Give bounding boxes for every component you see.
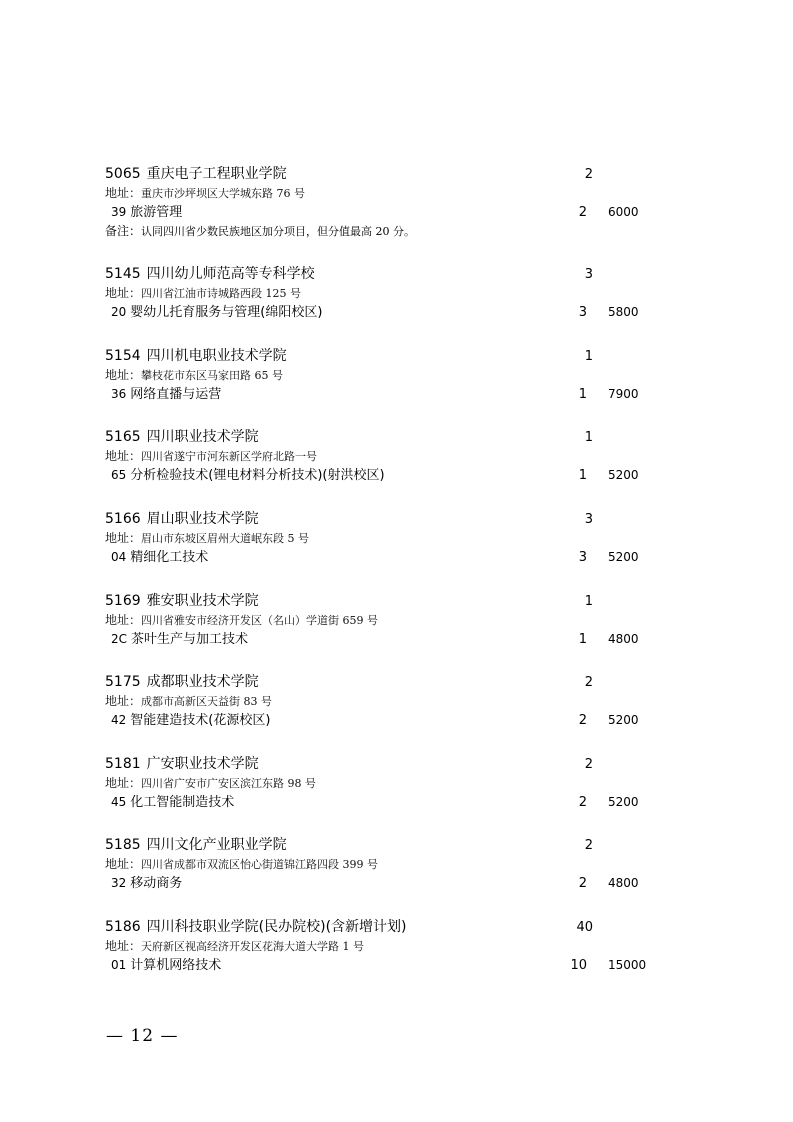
major-code: 2C xyxy=(111,632,127,646)
address-label: 地址： xyxy=(105,694,141,708)
major-name: 化工智能制造技术 xyxy=(130,795,234,810)
school-code: 5145 xyxy=(105,266,141,282)
school-plan-count: 3 xyxy=(575,510,593,529)
address-label: 地址： xyxy=(105,857,141,871)
school-code: 5169 xyxy=(105,593,141,609)
address-label: 地址： xyxy=(105,613,141,627)
school-name: 四川幼儿师范高等专科学校 xyxy=(147,266,315,282)
school-title-row: 5145四川幼儿师范高等专科学校 3 xyxy=(105,265,665,285)
school-address: 天府新区视高经济开发区花海大道大学路 1 号 xyxy=(141,940,364,953)
major-code: 01 xyxy=(111,958,126,972)
major-plan-count: 3 xyxy=(569,303,587,322)
major-name: 分析检验技术(锂电材料分析技术)(射洪校区) xyxy=(130,468,384,483)
major-name: 网络直播与运营 xyxy=(130,387,221,402)
major-tuition: 4800 xyxy=(608,874,639,893)
school-title-row: 5154四川机电职业技术学院 1 xyxy=(105,347,665,367)
school-address: 攀枝花市东区马家田路 65 号 xyxy=(141,369,283,382)
school-address-row: 地址：四川省广安市广安区滨江东路 98 号 xyxy=(105,775,665,793)
major-name: 茶叶生产与加工技术 xyxy=(131,632,248,647)
major-name: 婴幼儿托育服务与管理(绵阳校区) xyxy=(130,305,322,320)
school-address-row: 地址：四川省成都市双流区怡心街道锦江路四段 399 号 xyxy=(105,856,665,874)
school-plan-count: 2 xyxy=(575,836,593,855)
major-tuition: 5200 xyxy=(608,793,639,812)
major-plan-count: 1 xyxy=(569,630,587,649)
school-code: 5185 xyxy=(105,837,141,853)
school-title-row: 5181广安职业技术学院 2 xyxy=(105,755,665,775)
school-address: 四川省成都市双流区怡心街道锦江路四段 399 号 xyxy=(141,858,378,871)
school-name: 眉山职业技术学院 xyxy=(147,511,259,527)
school-title-row: 5065重庆电子工程职业学院 2 xyxy=(105,165,665,185)
major-plan-count: 10 xyxy=(559,956,587,975)
address-label: 地址： xyxy=(105,368,141,382)
school-address: 四川省广安市广安区滨江东路 98 号 xyxy=(141,777,316,790)
major-tuition: 6000 xyxy=(608,203,639,222)
major-row: 39旅游管理 2 6000 xyxy=(105,203,665,223)
school-code: 5166 xyxy=(105,511,141,527)
school-title-row: 5185四川文化产业职业学院 2 xyxy=(105,836,665,856)
school-plan-count: 2 xyxy=(575,755,593,774)
major-tuition: 5200 xyxy=(608,466,639,485)
major-name: 智能建造技术(花源校区) xyxy=(130,713,270,728)
school-code: 5181 xyxy=(105,756,141,772)
school-code: 5065 xyxy=(105,166,141,182)
major-row: 20婴幼儿托育服务与管理(绵阳校区) 3 5800 xyxy=(105,303,665,323)
school-entry: 5186四川科技职业学院(民办院校)(含新增计划) 40 地址：天府新区视高经济… xyxy=(105,918,665,976)
school-entry: 5169雅安职业技术学院 1 地址：四川省雅安市经济开发区（名山）学道街 659… xyxy=(105,592,665,650)
major-plan-count: 2 xyxy=(569,793,587,812)
school-address: 重庆市沙坪坝区大学城东路 76 号 xyxy=(141,187,305,200)
major-code: 39 xyxy=(111,205,126,219)
major-tuition: 5200 xyxy=(608,711,639,730)
school-address-row: 地址：眉山市东坡区眉州大道岷东段 5 号 xyxy=(105,530,665,548)
major-tuition: 5200 xyxy=(608,548,639,567)
school-entry: 5166眉山职业技术学院 3 地址：眉山市东坡区眉州大道岷东段 5 号 04精细… xyxy=(105,510,665,568)
school-entry: 5145四川幼儿师范高等专科学校 3 地址：四川省江油市诗城路西段 125 号 … xyxy=(105,265,665,323)
major-row: 32移动商务 2 4800 xyxy=(105,874,665,894)
major-code: 36 xyxy=(111,387,126,401)
school-title-row: 5166眉山职业技术学院 3 xyxy=(105,510,665,530)
address-label: 地址： xyxy=(105,286,141,300)
major-code: 04 xyxy=(111,550,126,564)
school-address: 四川省江油市诗城路西段 125 号 xyxy=(141,287,301,300)
major-plan-count: 1 xyxy=(569,466,587,485)
school-name: 成都职业技术学院 xyxy=(147,674,259,690)
major-name: 旅游管理 xyxy=(130,205,182,220)
school-code: 5154 xyxy=(105,348,141,364)
school-plan-count: 2 xyxy=(575,165,593,184)
school-plan-count: 40 xyxy=(565,918,593,937)
school-entry: 5175成都职业技术学院 2 地址：成都市高新区天益街 83 号 42智能建造技… xyxy=(105,673,665,731)
major-tuition: 7900 xyxy=(608,385,639,404)
major-row: 65分析检验技术(锂电材料分析技术)(射洪校区) 1 5200 xyxy=(105,466,665,486)
school-name: 重庆电子工程职业学院 xyxy=(147,166,287,182)
school-title-row: 5175成都职业技术学院 2 xyxy=(105,673,665,693)
school-address-row: 地址：攀枝花市东区马家田路 65 号 xyxy=(105,367,665,385)
major-row: 04精细化工技术 3 5200 xyxy=(105,548,665,568)
major-plan-count: 3 xyxy=(569,548,587,567)
major-plan-count: 1 xyxy=(569,385,587,404)
major-row: 2C茶叶生产与加工技术 1 4800 xyxy=(105,630,665,650)
school-note-row: 备注：认同四川省少数民族地区加分项目，但分值最高 20 分。 xyxy=(105,223,665,241)
school-entry: 5181广安职业技术学院 2 地址：四川省广安市广安区滨江东路 98 号 45化… xyxy=(105,755,665,813)
major-code: 42 xyxy=(111,713,126,727)
major-plan-count: 2 xyxy=(569,203,587,222)
school-plan-count: 3 xyxy=(575,265,593,284)
school-address: 四川省遂宁市河东新区学府北路一号 xyxy=(141,450,317,463)
school-plan-count: 1 xyxy=(575,592,593,611)
school-code: 5175 xyxy=(105,674,141,690)
address-label: 地址： xyxy=(105,776,141,790)
school-address: 眉山市东坡区眉州大道岷东段 5 号 xyxy=(141,532,309,545)
address-label: 地址： xyxy=(105,449,141,463)
school-title-row: 5169雅安职业技术学院 1 xyxy=(105,592,665,612)
major-tuition: 5800 xyxy=(608,303,639,322)
major-code: 45 xyxy=(111,795,126,809)
major-tuition: 15000 xyxy=(608,956,646,975)
school-entry: 5065重庆电子工程职业学院 2 地址：重庆市沙坪坝区大学城东路 76 号 39… xyxy=(105,165,665,241)
major-plan-count: 2 xyxy=(569,874,587,893)
major-row: 42智能建造技术(花源校区) 2 5200 xyxy=(105,711,665,731)
school-address-row: 地址：四川省遂宁市河东新区学府北路一号 xyxy=(105,448,665,466)
major-code: 20 xyxy=(111,305,126,319)
school-address: 成都市高新区天益街 83 号 xyxy=(141,695,272,708)
school-plan-count: 1 xyxy=(575,347,593,366)
major-name: 计算机网络技术 xyxy=(130,958,221,973)
major-row: 45化工智能制造技术 2 5200 xyxy=(105,793,665,813)
school-entry: 5185四川文化产业职业学院 2 地址：四川省成都市双流区怡心街道锦江路四段 3… xyxy=(105,836,665,894)
school-plan-count: 2 xyxy=(575,673,593,692)
major-name: 移动商务 xyxy=(130,876,182,891)
major-row: 01计算机网络技术 10 15000 xyxy=(105,956,665,976)
school-note: 认同四川省少数民族地区加分项目，但分值最高 20 分。 xyxy=(141,225,415,238)
major-code: 65 xyxy=(111,468,126,482)
school-code: 5186 xyxy=(105,919,141,935)
school-title-row: 5165四川职业技术学院 1 xyxy=(105,428,665,448)
major-name: 精细化工技术 xyxy=(130,550,208,565)
school-plan-count: 1 xyxy=(575,428,593,447)
address-label: 地址： xyxy=(105,186,141,200)
school-name: 广安职业技术学院 xyxy=(147,756,259,772)
document-page: 5065重庆电子工程职业学院 2 地址：重庆市沙坪坝区大学城东路 76 号 39… xyxy=(0,0,793,1122)
school-entry: 5154四川机电职业技术学院 1 地址：攀枝花市东区马家田路 65 号 36网络… xyxy=(105,347,665,405)
school-address-row: 地址：重庆市沙坪坝区大学城东路 76 号 xyxy=(105,185,665,203)
major-tuition: 4800 xyxy=(608,630,639,649)
major-row: 36网络直播与运营 1 7900 xyxy=(105,385,665,405)
school-address-row: 地址：天府新区视高经济开发区花海大道大学路 1 号 xyxy=(105,938,665,956)
school-code: 5165 xyxy=(105,429,141,445)
note-label: 备注： xyxy=(105,224,141,238)
school-address-row: 地址：四川省雅安市经济开发区（名山）学道街 659 号 xyxy=(105,612,665,630)
address-label: 地址： xyxy=(105,531,141,545)
school-name: 四川机电职业技术学院 xyxy=(147,348,287,364)
school-name: 四川文化产业职业学院 xyxy=(147,837,287,853)
school-name: 四川职业技术学院 xyxy=(147,429,259,445)
school-title-row: 5186四川科技职业学院(民办院校)(含新增计划) 40 xyxy=(105,918,665,938)
school-address: 四川省雅安市经济开发区（名山）学道街 659 号 xyxy=(141,614,378,627)
school-name: 雅安职业技术学院 xyxy=(147,593,259,609)
page-number: — 12 — xyxy=(106,1026,178,1046)
school-address-row: 地址：成都市高新区天益街 83 号 xyxy=(105,693,665,711)
school-address-row: 地址：四川省江油市诗城路西段 125 号 xyxy=(105,285,665,303)
major-code: 32 xyxy=(111,876,126,890)
school-name: 四川科技职业学院(民办院校)(含新增计划) xyxy=(147,919,407,935)
major-plan-count: 2 xyxy=(569,711,587,730)
school-entry: 5165四川职业技术学院 1 地址：四川省遂宁市河东新区学府北路一号 65分析检… xyxy=(105,428,665,486)
address-label: 地址： xyxy=(105,939,141,953)
